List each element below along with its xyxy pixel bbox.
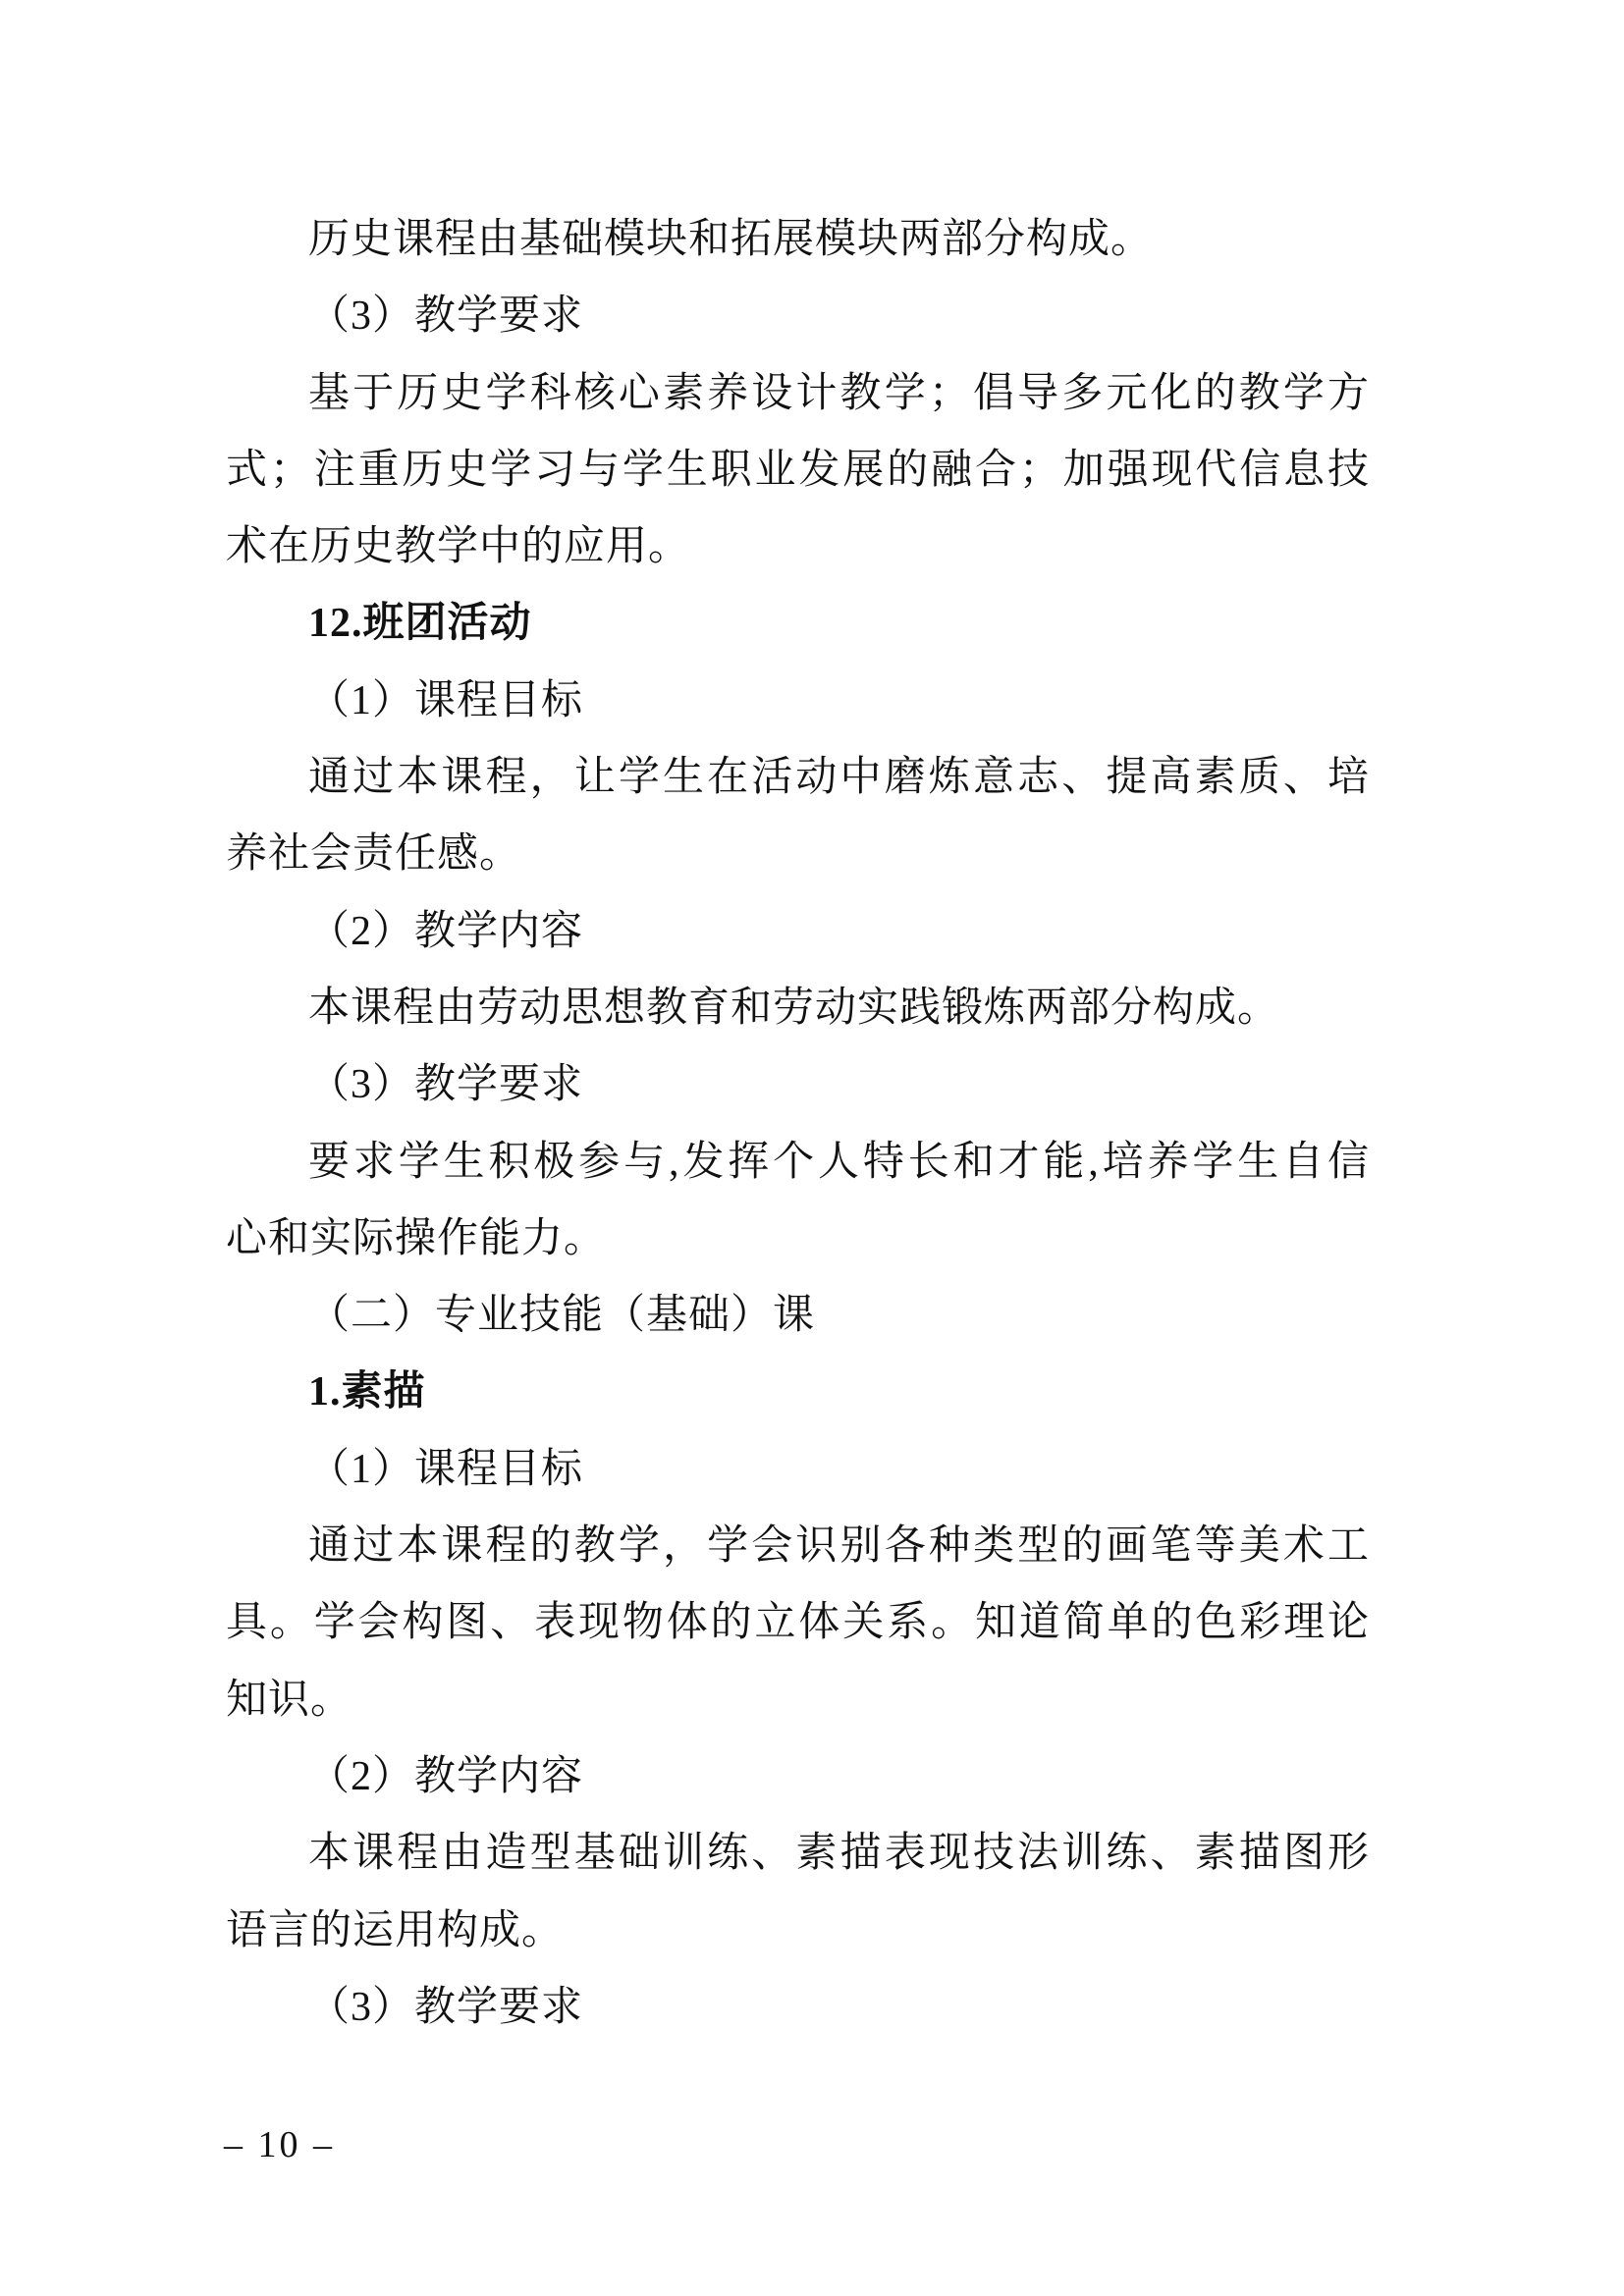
document-page: 历史课程由基础模块和拓展模块两部分构成。 （3）教学要求 基于历史学科核心素养设… (0, 0, 1624, 2296)
numbered-section-heading: 12.班团活动 (226, 585, 1370, 662)
item-heading: （3）教学要求 (226, 1046, 1370, 1123)
paragraph-line: 知识。 (226, 1662, 1370, 1738)
paragraph-line: 要求学生积极参与,发挥个人特长和才能,培养学生自信 (226, 1124, 1370, 1201)
paragraph-line: 本课程由造型基础训练、素描表现技法训练、素描图形 (226, 1815, 1370, 1892)
paragraph-line: 本课程由劳动思想教育和劳动实践锻炼两部分构成。 (226, 970, 1370, 1046)
item-heading: （1）课程目标 (226, 1431, 1370, 1508)
paragraph-line: 术在历史教学中的应用。 (226, 508, 1370, 585)
item-heading: （3）教学要求 (226, 278, 1370, 354)
item-heading: （1）课程目标 (226, 663, 1370, 739)
page-number: – 10 – (224, 2115, 335, 2174)
item-heading: （2）教学内容 (226, 893, 1370, 970)
paragraph-line: 式；注重历史学习与学生职业发展的融合；加强现代信息技 (226, 432, 1370, 508)
paragraph-line: 养社会责任感。 (226, 816, 1370, 892)
paragraph-line: 通过本课程，让学生在活动中磨炼意志、提高素质、培 (226, 739, 1370, 816)
paragraph-line: 心和实际操作能力。 (226, 1201, 1370, 1277)
paragraph-line: 基于历史学科核心素养设计教学；倡导多元化的教学方 (226, 355, 1370, 432)
subsection-heading: （二）专业技能（基础）课 (226, 1277, 1370, 1354)
item-heading: （3）教学要求 (226, 1969, 1370, 2046)
numbered-section-heading: 1.素描 (226, 1354, 1370, 1430)
document-body: 历史课程由基础模块和拓展模块两部分构成。 （3）教学要求 基于历史学科核心素养设… (226, 201, 1370, 2046)
item-heading: （2）教学内容 (226, 1738, 1370, 1815)
paragraph-line: 历史课程由基础模块和拓展模块两部分构成。 (226, 201, 1370, 278)
paragraph-line: 具。学会构图、表现物体的立体关系。知道简单的色彩理论 (226, 1584, 1370, 1661)
paragraph-line: 语言的运用构成。 (226, 1893, 1370, 1969)
paragraph-line: 通过本课程的教学，学会识别各种类型的画笔等美术工 (226, 1508, 1370, 1584)
